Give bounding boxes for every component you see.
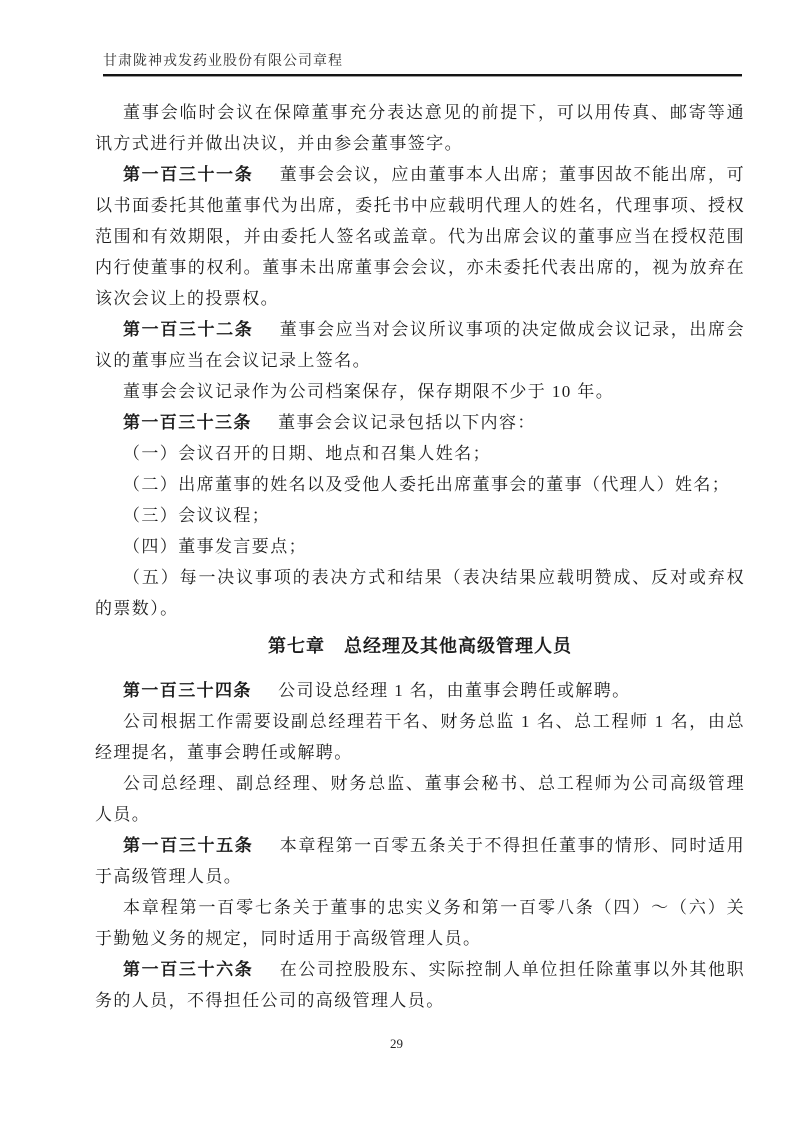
- paragraph: 董事会临时会议在保障董事充分表达意见的前提下，可以用传真、邮寄等通讯方式进行并做…: [95, 97, 745, 159]
- article-text: 董事会会议，应由董事本人出席；董事因故不能出席，可以书面委托其他董事代为出席，委…: [95, 165, 745, 308]
- paragraph: 公司总经理、副总经理、财务总监、董事会秘书、总工程师为公司高级管理人员。: [95, 768, 745, 830]
- article-paragraph: 第一百三十四条公司设总经理 1 名，由董事会聘任或解聘。: [95, 675, 745, 706]
- page-number: 29: [0, 1036, 793, 1052]
- list-item-text: （二）出席董事的姓名以及受他人委托出席董事会的董事（代理人）姓名；: [123, 475, 730, 494]
- paragraph-text: 董事会临时会议在保障董事充分表达意见的前提下，可以用传真、邮寄等通讯方式进行并做…: [95, 103, 745, 153]
- header-title: 甘肃陇神戎发药业股份有限公司章程: [103, 53, 742, 70]
- list-item-text: （一）会议召开的日期、地点和召集人姓名；: [123, 444, 491, 463]
- list-item: （二）出席董事的姓名以及受他人委托出席董事会的董事（代理人）姓名；: [95, 469, 745, 500]
- article-number: 第一百三十六条: [123, 960, 253, 979]
- article-number: 第一百三十二条: [123, 320, 253, 339]
- list-item-text: （三）会议议程；: [123, 506, 270, 525]
- list-item: （三）会议议程；: [95, 500, 745, 531]
- article-number: 第一百三十四条: [123, 681, 252, 700]
- list-item: （四）董事发言要点；: [95, 531, 745, 562]
- paragraph-text: 公司根据工作需要设副总经理若干名、财务总监 1 名、总工程师 1 名，由总经理提…: [95, 712, 745, 762]
- paragraph-text: 本章程第一百零七条关于董事的忠实义务和第一百零八条（四）～（六）关于勤勉义务的规…: [95, 898, 745, 948]
- page-header: 甘肃陇神戎发药业股份有限公司章程: [103, 53, 742, 77]
- article-paragraph: 第一百三十一条董事会会议，应由董事本人出席；董事因故不能出席，可以书面委托其他董…: [95, 159, 745, 314]
- list-item-text: （五）每一决议事项的表决方式和结果（表决结果应载明赞成、反对或弃权的票数）。: [95, 568, 745, 618]
- article-paragraph: 第一百三十三条董事会会议记录包括以下内容：: [95, 407, 745, 438]
- document-page: 甘肃陇神戎发药业股份有限公司章程 董事会临时会议在保障董事充分表达意见的前提下，…: [0, 0, 793, 1122]
- paragraph: 本章程第一百零七条关于董事的忠实义务和第一百零八条（四）～（六）关于勤勉义务的规…: [95, 892, 745, 954]
- chapter-heading: 第七章 总经理及其他高级管理人员: [95, 631, 745, 662]
- paragraph: 公司根据工作需要设副总经理若干名、财务总监 1 名、总工程师 1 名，由总经理提…: [95, 706, 745, 768]
- paragraph-text: 公司总经理、副总经理、财务总监、董事会秘书、总工程师为公司高级管理人员。: [95, 774, 745, 824]
- paragraph-text: 董事会会议记录作为公司档案保存，保存期限不少于 10 年。: [123, 382, 614, 401]
- header-rule: [103, 74, 742, 77]
- document-body: 董事会临时会议在保障董事充分表达意见的前提下，可以用传真、邮寄等通讯方式进行并做…: [95, 97, 745, 1016]
- article-number: 第一百三十五条: [123, 836, 253, 855]
- list-item-text: （四）董事发言要点；: [123, 537, 307, 556]
- article-text: 公司设总经理 1 名，由董事会聘任或解聘。: [278, 681, 630, 700]
- list-item: （一）会议召开的日期、地点和召集人姓名；: [95, 438, 745, 469]
- article-paragraph: 第一百三十六条在公司控股股东、实际控制人单位担任除董事以外其他职务的人员，不得担…: [95, 954, 745, 1016]
- article-text: 董事会会议记录包括以下内容：: [278, 413, 536, 432]
- article-number: 第一百三十一条: [123, 165, 253, 184]
- list-item: （五）每一决议事项的表决方式和结果（表决结果应载明赞成、反对或弃权的票数）。: [95, 562, 745, 624]
- paragraph: 董事会会议记录作为公司档案保存，保存期限不少于 10 年。: [95, 376, 745, 407]
- article-paragraph: 第一百三十五条本章程第一百零五条关于不得担任董事的情形、同时适用于高级管理人员。: [95, 830, 745, 892]
- article-paragraph: 第一百三十二条董事会应当对会议所议事项的决定做成会议记录，出席会议的董事应当在会…: [95, 314, 745, 376]
- article-number: 第一百三十三条: [123, 413, 252, 432]
